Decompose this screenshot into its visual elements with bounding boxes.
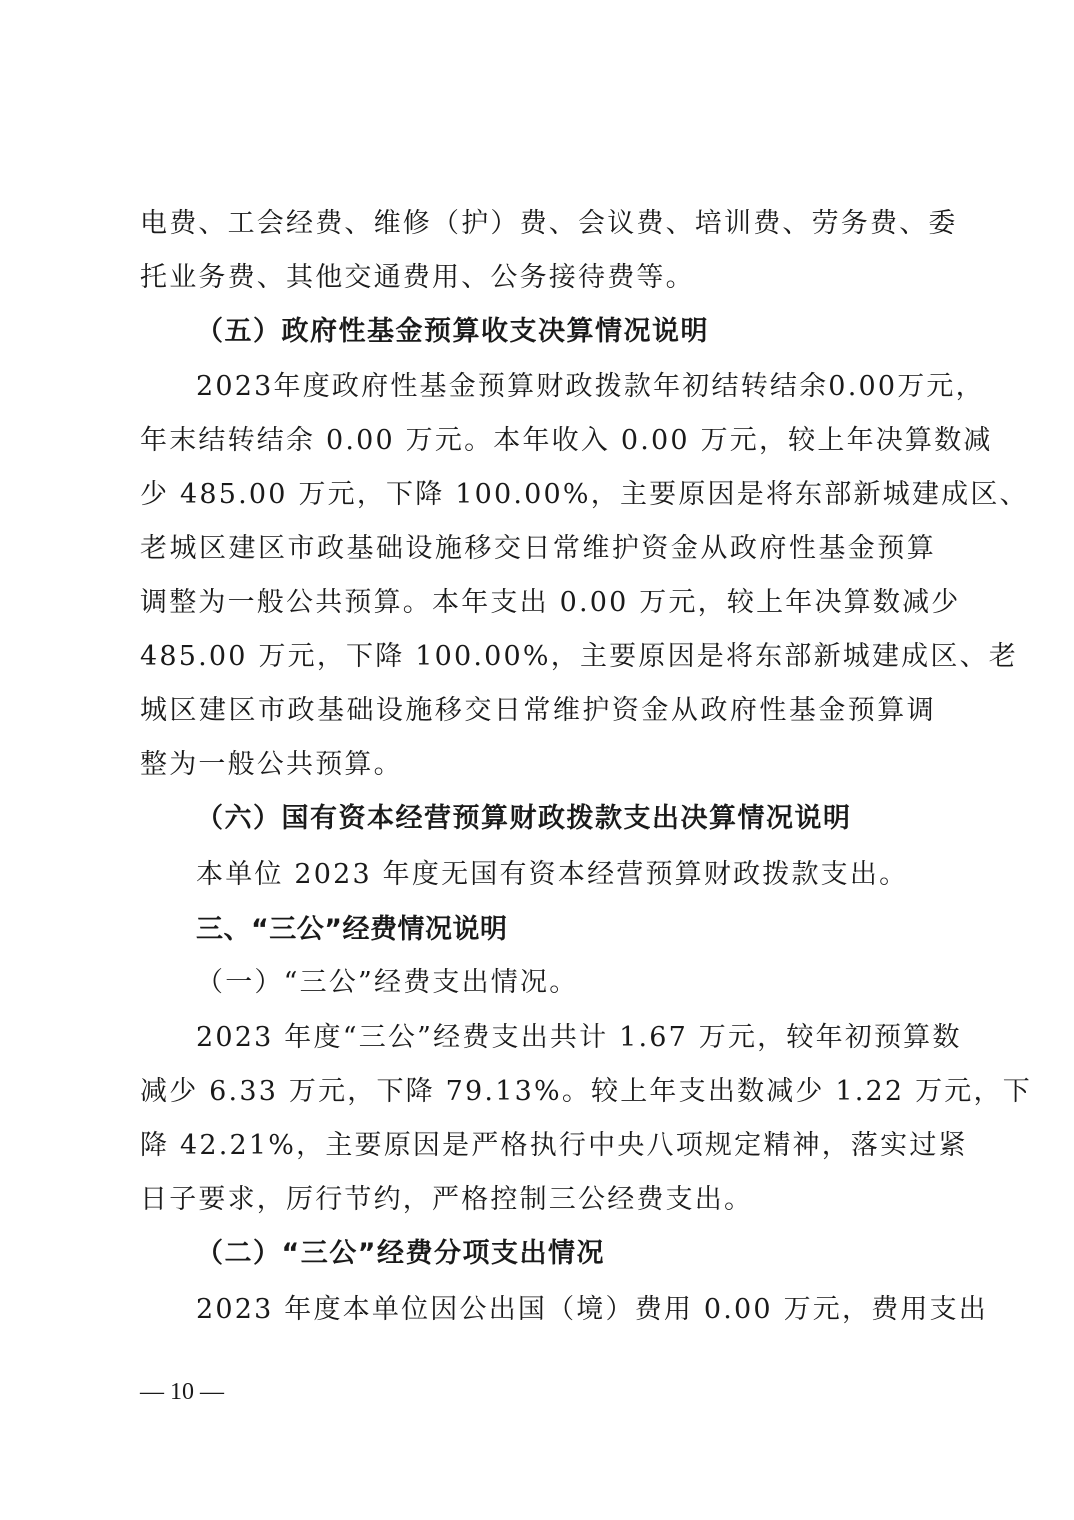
body-text-line: 城区建区市政基础设施移交日常维护资金从政府性基金预算调 — [140, 691, 936, 731]
body-text-line: 年末结转结余 0.00 万元。本年收入 0.00 万元，较上年决算数减 — [140, 421, 936, 461]
body-text-line: 日子要求，厉行节约，严格控制三公经费支出。 — [140, 1180, 936, 1220]
section-heading-5: （五）政府性基金预算收支决算情况说明 — [196, 312, 936, 352]
body-text-line: 2023 年度本单位因公出国（境）费用 0.00 万元，费用支出 — [196, 1290, 936, 1330]
body-text-line: 老城区建区市政基础设施移交日常维护资金从政府性基金预算 — [140, 529, 936, 569]
body-text-line: 托业务费、其他交通费用、公务接待费等。 — [140, 258, 936, 298]
page-number: — 10 — — [140, 1376, 224, 1408]
subsection-heading-2: （二）“三公”经费分项支出情况 — [196, 1234, 936, 1274]
body-text-line: 整为一般公共预算。 — [140, 745, 936, 785]
body-text-line: 本单位 2023 年度无国有资本经营预算财政拨款支出。 — [196, 855, 936, 895]
section-heading-3: 三、“三公”经费情况说明 — [196, 910, 936, 950]
document-page: 电费、工会经费、维修（护）费、会议费、培训费、劳务费、委 托业务费、其他交通费用… — [0, 0, 1074, 1520]
body-text-line: 少 485.00 万元，下降 100.00%，主要原因是将东部新城建成区、 — [140, 475, 936, 515]
body-text-line: 电费、工会经费、维修（护）费、会议费、培训费、劳务费、委 — [140, 204, 936, 244]
body-text-line: 降 42.21%，主要原因是严格执行中央八项规定精神，落实过紧 — [140, 1126, 936, 1166]
body-text-line: 2023年度政府性基金预算财政拨款年初结转结余0.00万元， — [196, 367, 936, 407]
body-text-line: 减少 6.33 万元，下降 79.13%。较上年支出数减少 1.22 万元，下 — [140, 1072, 936, 1112]
section-heading-6: （六）国有资本经营预算财政拨款支出决算情况说明 — [196, 799, 936, 839]
body-text-line: 2023 年度“三公”经费支出共计 1.67 万元，较年初预算数 — [196, 1018, 936, 1058]
body-text-line: 调整为一般公共预算。本年支出 0.00 万元，较上年决算数减少 — [140, 583, 936, 623]
subsection-heading-1: （一）“三公”经费支出情况。 — [196, 963, 936, 1003]
body-text-line: 485.00 万元，下降 100.00%，主要原因是将东部新城建成区、老 — [140, 637, 936, 677]
